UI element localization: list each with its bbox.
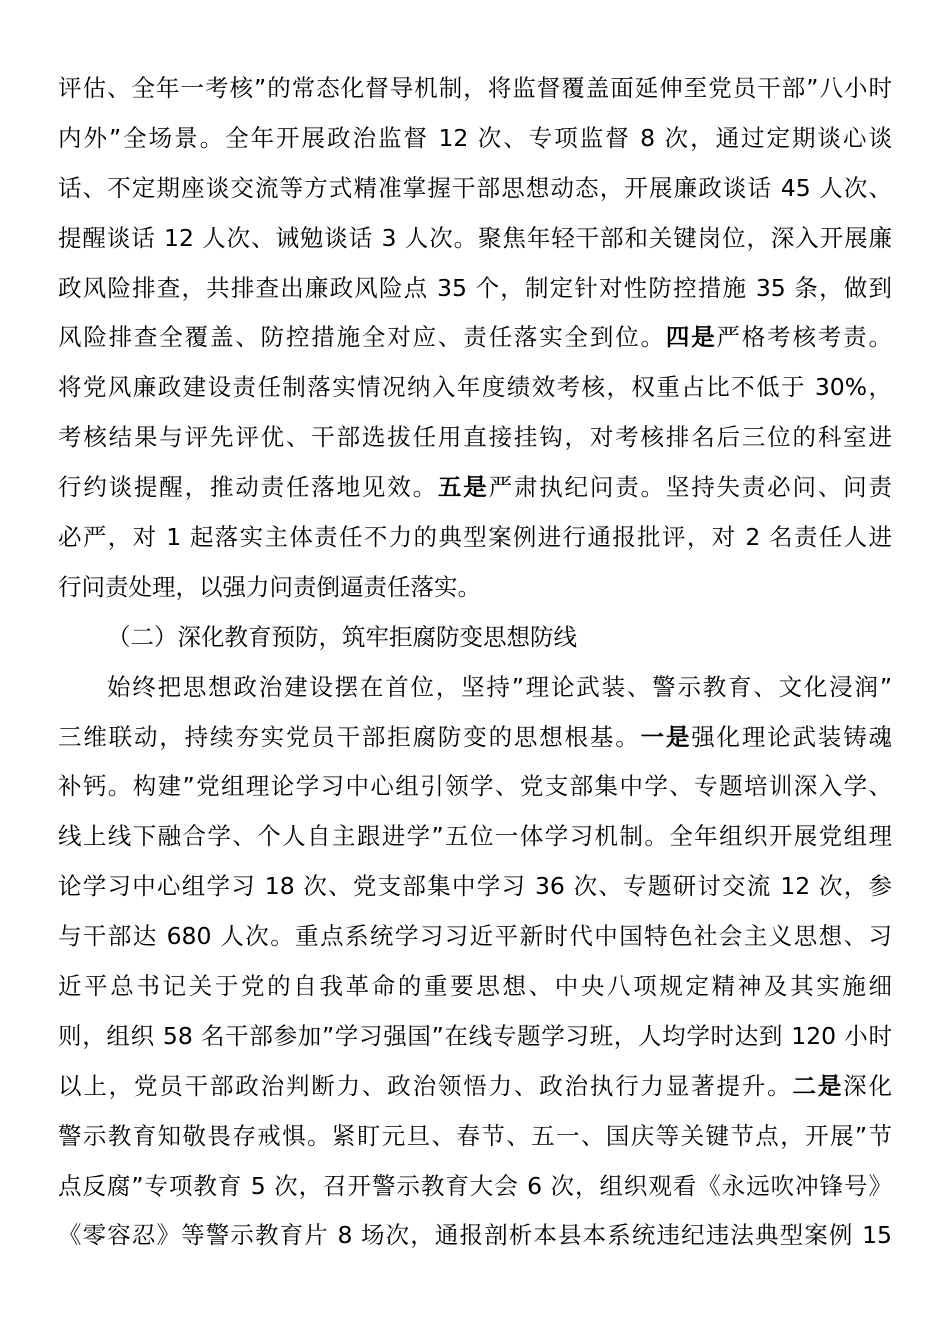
text-segment: 《零容忍》等警示教育片 8 场次，通报剖析本县本系统违纪违法典型案例 15 — [58, 1221, 892, 1249]
text-segment: 话、不定期座谈交流等方式精准掌握干部思想动态，开展廉政谈话 45 人次、 — [58, 174, 892, 202]
text-line: 论学习中心组学习 18 次、党支部集中学习 36 次、专题研讨交流 12 次，参 — [58, 864, 892, 914]
text-segment: 则，组织 58 名干部参加”学习强国”在线专题学习班，人均学时达到 120 小时 — [58, 1022, 892, 1050]
bold-ordinal-label: 四是 — [666, 323, 717, 351]
bold-ordinal-label: 五是 — [438, 473, 489, 501]
text-segment: 必严，对 1 起落实主体责任不力的典型案例进行通报批评，对 2 名责任人进 — [58, 523, 892, 551]
text-segment: 近平总书记关于党的自我革命的重要思想、中央八项规定精神及其实施细 — [58, 972, 892, 1000]
text-line: 提醒谈话 12 人次、诫勉谈话 3 人次。聚焦年轻干部和关键岗位，深入开展廉 — [58, 216, 892, 266]
text-line: 始终把思想政治建设摆在首位，坚持”理论武装、警示教育、文化浸润” — [58, 665, 892, 715]
text-segment: 以上，党员干部政治判断力、政治领悟力、政治执行力显著提升。 — [58, 1072, 793, 1100]
text-segment: （二）深化教育预防，筑牢拒腐防变思想防线 — [107, 623, 577, 651]
text-segment: 行问责处理，以强力问责倒逼责任落实。 — [58, 573, 481, 601]
text-line: 评估、全年一考核”的常态化督导机制，将监督覆盖面延伸至党员干部”八小时 — [58, 66, 892, 116]
text-segment: 风险排查全覆盖、防控措施全对应、责任落实全到位。 — [58, 323, 666, 351]
text-segment: 论学习中心组学习 18 次、党支部集中学习 36 次、专题研讨交流 12 次，参 — [58, 872, 892, 900]
text-line: 补钙。构建”党组理论学习中心组引领学、党支部集中学、专题培训深入学、 — [58, 764, 892, 814]
text-segment: 将党风廉政建设责任制落实情况纳入年度绩效考核，权重占比不低于 30%， — [58, 373, 892, 401]
text-line: 风险排查全覆盖、防控措施全对应、责任落实全到位。四是严格考核考责。 — [58, 315, 892, 365]
text-segment: 行约谈提醒，推动责任落地见效。 — [58, 473, 438, 501]
text-line: 内外”全场景。全年开展政治监督 12 次、专项监督 8 次，通过定期谈心谈 — [58, 116, 892, 166]
text-segment: 政风险排查，共排查出廉政风险点 35 个，制定针对性防控措施 35 条，做到 — [58, 274, 892, 302]
text-segment: 补钙。构建”党组理论学习中心组引领学、党支部集中学、专题培训深入学、 — [58, 772, 892, 800]
section-heading: （二）深化教育预防，筑牢拒腐防变思想防线 — [58, 615, 892, 665]
text-line: 《零容忍》等警示教育片 8 场次，通报剖析本县本系统违纪违法典型案例 15 — [58, 1213, 892, 1263]
text-segment: 警示教育知敬畏存戒惧。紧盯元旦、春节、五一、国庆等关键节点，开展”节 — [58, 1122, 892, 1150]
bold-ordinal-label: 一是 — [641, 723, 692, 751]
text-segment: 严肃执纪问责。坚持失责必问、问责 — [489, 473, 892, 501]
text-segment: 考核结果与评先评优、干部选拔任用直接挂钩，对考核排名后三位的科室进 — [58, 423, 892, 451]
text-segment: 三维联动，持续夯实党员干部拒腐防变的思想根基。 — [58, 723, 641, 751]
text-line: 行问责处理，以强力问责倒逼责任落实。 — [58, 565, 892, 615]
text-segment: 与干部达 680 人次。重点系统学习习近平新时代中国特色社会主义思想、习 — [58, 922, 892, 950]
text-line: 近平总书记关于党的自我革命的重要思想、中央八项规定精神及其实施细 — [58, 964, 892, 1014]
text-segment: 提醒谈话 12 人次、诫勉谈话 3 人次。聚焦年轻干部和关键岗位，深入开展廉 — [58, 224, 892, 252]
text-segment: 点反腐”专项教育 5 次，召开警示教育大会 6 次，组织观看《永远吹冲锋号》 — [58, 1172, 892, 1200]
text-segment: 严格考核考责。 — [717, 323, 892, 351]
text-segment: 评估、全年一考核”的常态化督导机制，将监督覆盖面延伸至党员干部”八小时 — [58, 74, 892, 102]
text-line: 话、不定期座谈交流等方式精准掌握干部思想动态，开展廉政谈话 45 人次、 — [58, 166, 892, 216]
document-page: 评估、全年一考核”的常态化督导机制，将监督覆盖面延伸至党员干部”八小时内外”全场… — [58, 66, 892, 1263]
text-line: 则，组织 58 名干部参加”学习强国”在线专题学习班，人均学时达到 120 小时 — [58, 1014, 892, 1064]
text-line: （二）深化教育预防，筑牢拒腐防变思想防线 — [58, 615, 892, 665]
text-line: 三维联动，持续夯实党员干部拒腐防变的思想根基。一是强化理论武装铸魂 — [58, 715, 892, 765]
body-paragraph: 评估、全年一考核”的常态化督导机制，将监督覆盖面延伸至党员干部”八小时内外”全场… — [58, 66, 892, 615]
text-line: 警示教育知敬畏存戒惧。紧盯元旦、春节、五一、国庆等关键节点，开展”节 — [58, 1114, 892, 1164]
text-segment: 内外”全场景。全年开展政治监督 12 次、专项监督 8 次，通过定期谈心谈 — [58, 124, 892, 152]
body-paragraph: 始终把思想政治建设摆在首位，坚持”理论武装、警示教育、文化浸润”三维联动，持续夯… — [58, 665, 892, 1264]
text-line: 线上线下融合学、个人自主跟进学”五位一体学习机制。全年组织开展党组理 — [58, 814, 892, 864]
text-line: 考核结果与评先评优、干部选拔任用直接挂钩，对考核排名后三位的科室进 — [58, 415, 892, 465]
text-segment: 深化 — [843, 1072, 892, 1100]
text-segment: 始终把思想政治建设摆在首位，坚持”理论武装、警示教育、文化浸润” — [107, 673, 892, 701]
text-line: 点反腐”专项教育 5 次，召开警示教育大会 6 次，组织观看《永远吹冲锋号》 — [58, 1164, 892, 1214]
text-line: 与干部达 680 人次。重点系统学习习近平新时代中国特色社会主义思想、习 — [58, 914, 892, 964]
bold-ordinal-label: 二是 — [793, 1072, 844, 1100]
text-line: 政风险排查，共排查出廉政风险点 35 个，制定针对性防控措施 35 条，做到 — [58, 266, 892, 316]
text-line: 将党风廉政建设责任制落实情况纳入年度绩效考核，权重占比不低于 30%， — [58, 365, 892, 415]
text-line: 以上，党员干部政治判断力、政治领悟力、政治执行力显著提升。二是深化 — [58, 1064, 892, 1114]
text-segment: 强化理论武装铸魂 — [691, 723, 892, 751]
text-line: 行约谈提醒，推动责任落地见效。五是严肃执纪问责。坚持失责必问、问责 — [58, 465, 892, 515]
text-segment: 线上线下融合学、个人自主跟进学”五位一体学习机制。全年组织开展党组理 — [58, 822, 892, 850]
text-line: 必严，对 1 起落实主体责任不力的典型案例进行通报批评，对 2 名责任人进 — [58, 515, 892, 565]
